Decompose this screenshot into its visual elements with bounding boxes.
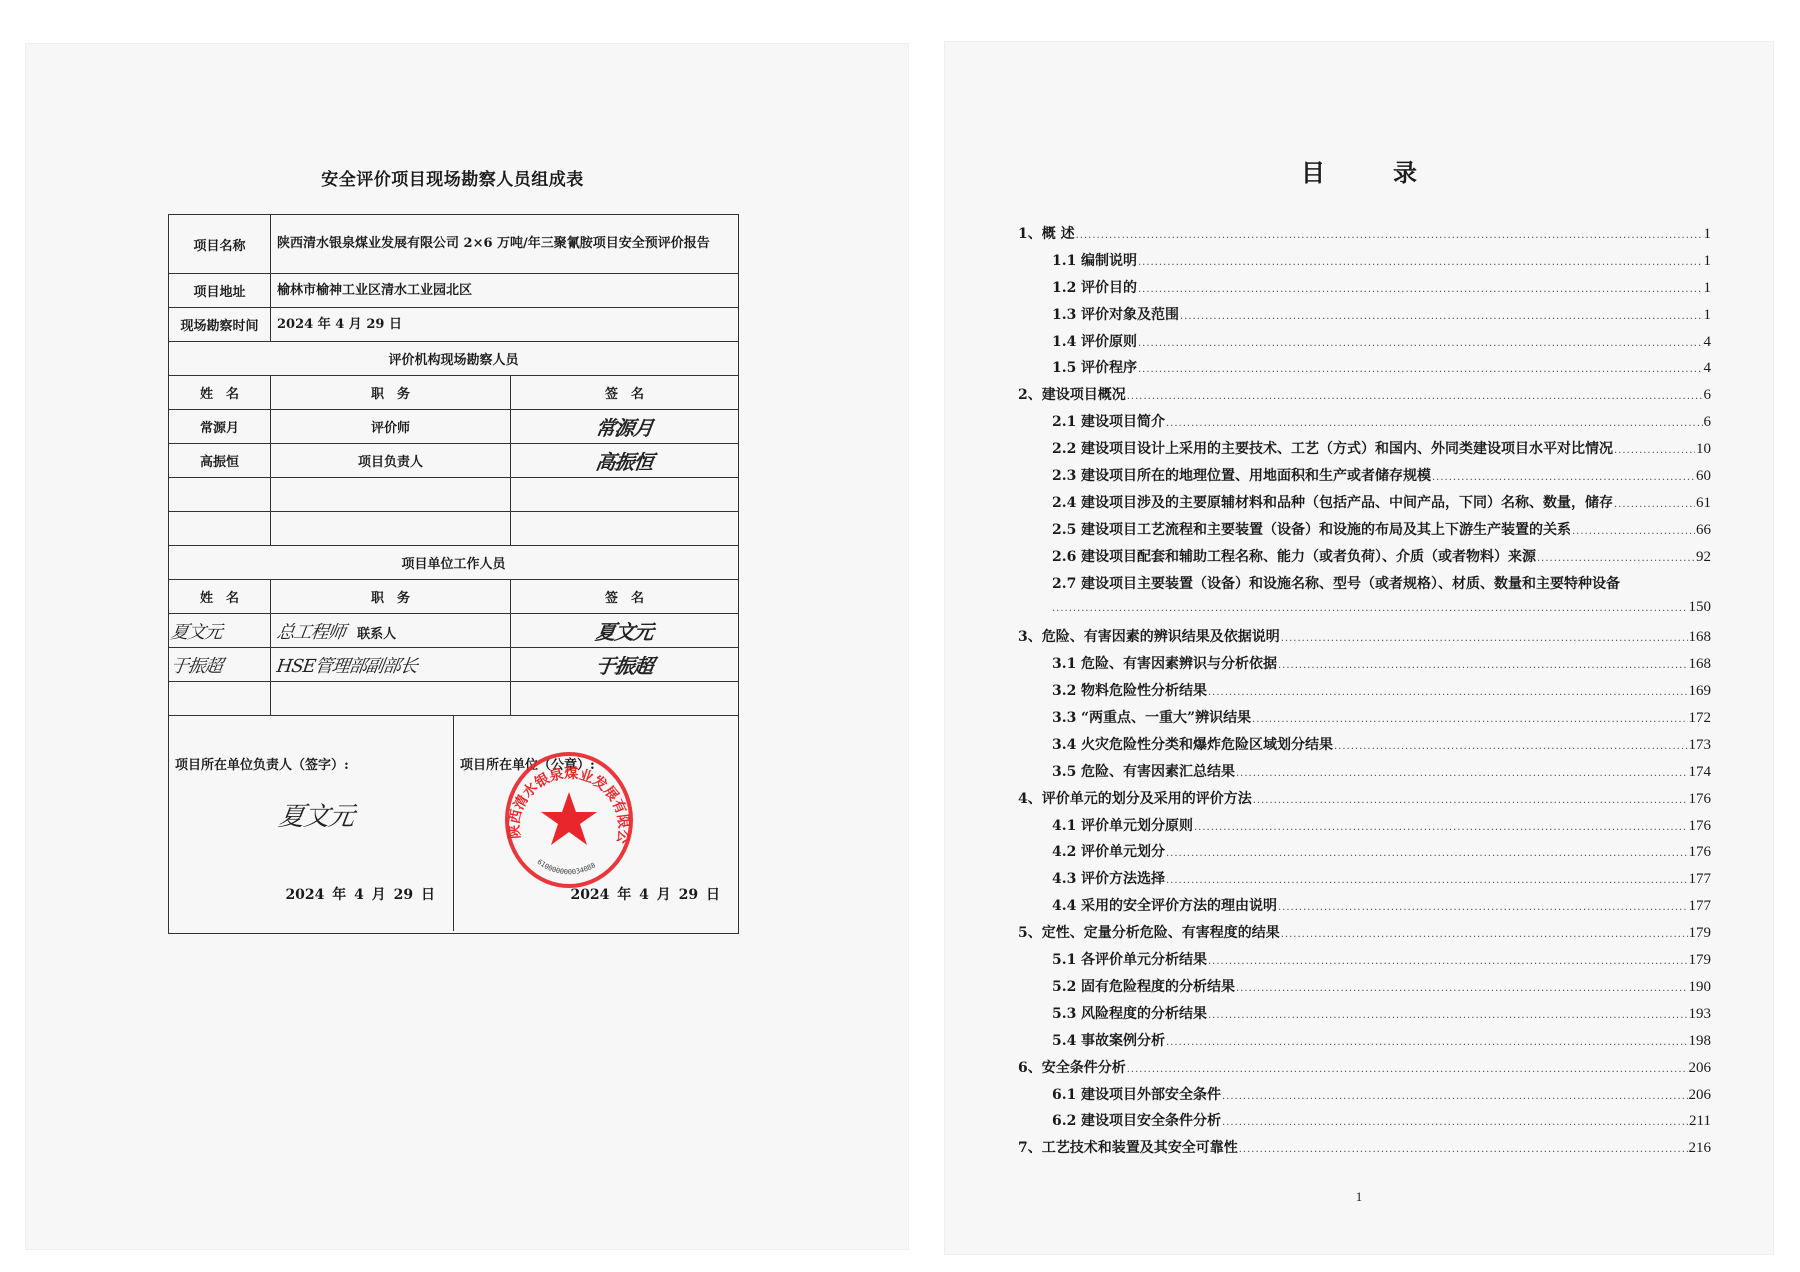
toc-page-number: 169 xyxy=(1689,683,1712,700)
toc-leader-dots xyxy=(1166,875,1688,886)
handwritten-signature: 高振恒 xyxy=(594,446,655,475)
toc-page-number: 150 xyxy=(1689,599,1712,616)
toc-page-number: 173 xyxy=(1689,737,1712,754)
toc-entry-number: 5.1 xyxy=(1052,952,1081,968)
stamp-code: 610000000034088 xyxy=(536,858,597,876)
handwritten-signature: 于振超 xyxy=(594,650,655,679)
unit-section-title: 项目单位工作人员 xyxy=(169,546,739,580)
toc-page-number: 168 xyxy=(1689,629,1712,646)
table-row xyxy=(169,512,739,546)
toc-entry-text: 建设项目设计上采用的主要技术、工艺（方式）和国内、外同类建设项目水平对比情况 xyxy=(1081,438,1613,458)
signoff-row: 项目所在单位负责人（签字）: 夏文元 2024 年 4 月 29 日 项目所在单… xyxy=(169,716,739,934)
toc-entry[interactable]: 4.2评价单元划分176 xyxy=(1018,841,1711,868)
toc-entry-number: 4.3 xyxy=(1052,871,1081,887)
toc-entry-text: 建设项目简介 xyxy=(1081,411,1165,431)
survey-time-value: 2024 年 4 月 29 日 xyxy=(271,308,739,342)
toc-entry-text: 评价单元划分 xyxy=(1081,841,1165,861)
toc-leader-dots xyxy=(1138,257,1703,268)
toc-entry-number: 2.3 xyxy=(1052,468,1081,484)
toc-entry-text: 评价对象及范围 xyxy=(1081,304,1179,324)
toc-entry-text: 评价目的 xyxy=(1081,277,1137,297)
toc-leader-dots xyxy=(1236,983,1688,994)
toc-page-number: 179 xyxy=(1689,952,1712,969)
staff-name: 常源月 xyxy=(169,410,271,444)
seal-cell: 项目所在单位（公章）: 陕西清水银泉煤业发展有限公司 xyxy=(454,716,738,931)
toc-entry-number: 3.3 xyxy=(1052,710,1081,726)
toc-leader-dots xyxy=(1222,1117,1688,1128)
toc-entry-number: 1.3 xyxy=(1052,307,1081,323)
toc-leader-dots xyxy=(1052,603,1688,614)
toc-leader-dots xyxy=(1253,795,1688,806)
toc-entry-text: 危险、有害因素的辨识结果及依据说明 xyxy=(1042,626,1280,646)
toc-entry-text: 风险程度的分析结果 xyxy=(1081,1003,1207,1023)
handwritten-position: HSE管理部副部长 xyxy=(275,652,419,678)
toc-entry-number: 3.1 xyxy=(1052,656,1081,672)
col-name-header: 姓 名 xyxy=(169,580,271,614)
toc-entry-text: 定性、定量分析危险、有害程度的结果 xyxy=(1042,922,1280,942)
toc-entry-text: 建设项目涉及的主要原辅材料和品种（包括产品、中间产品，下同）名称、数量，储存 xyxy=(1081,492,1613,512)
toc-entry-text: 建设项目配套和辅助工程名称、能力（或者负荷）、介质（或者物料）来源 xyxy=(1081,546,1536,566)
toc-leader-dots xyxy=(1572,526,1695,537)
toc-entry-number: 3.2 xyxy=(1052,683,1081,699)
toc-entry[interactable]: 2.3建设项目所在的地理位置、用地面积和生产或者储存规模60 xyxy=(1018,465,1711,492)
toc-entry[interactable]: 4.3评价方法选择177 xyxy=(1018,868,1711,895)
toc-entry-number: 6.1 xyxy=(1052,1087,1081,1103)
company-seal-stamp-icon: 陕西清水银泉煤业发展有限公司 610000000034088 xyxy=(499,750,639,890)
toc-entry[interactable]: 2.2建设项目设计上采用的主要技术、工艺（方式）和国内、外同类建设项目水平对比情… xyxy=(1018,438,1711,465)
toc-leader-dots xyxy=(1166,1037,1688,1048)
leader-signoff-cell: 项目所在单位负责人（签字）: 夏文元 2024 年 4 月 29 日 xyxy=(169,716,454,931)
handwritten-position: 总工程师 xyxy=(275,618,347,644)
toc-page-number: 1 xyxy=(1704,307,1712,324)
toc-leader-dots xyxy=(1236,768,1688,779)
toc-page-number: 4 xyxy=(1704,360,1712,377)
handwritten-name: 夏文元 xyxy=(169,618,224,644)
toc-leader-dots xyxy=(1127,1064,1688,1075)
toc-entry[interactable]: 4、评价单元的划分及采用的评价方法176 xyxy=(1018,788,1711,815)
project-name-value: 陕西清水银泉煤业发展有限公司 2×6 万吨/年三聚氰胺项目安全预评价报告 xyxy=(271,215,739,274)
toc-entry-number: 2.4 xyxy=(1052,495,1081,511)
toc-entry-number: 5.4 xyxy=(1052,1033,1081,1049)
toc-entry[interactable]: 5、定性、定量分析危险、有害程度的结果179 xyxy=(1018,922,1711,949)
table-row: 高振恒 项目负责人 高振恒 xyxy=(169,444,739,478)
toc-page-number: 172 xyxy=(1689,710,1712,727)
col-position-header: 职 务 xyxy=(271,580,511,614)
toc-entry[interactable]: 4.1评价单元划分原则176 xyxy=(1018,815,1711,842)
toc-page-number: 211 xyxy=(1689,1113,1711,1130)
toc-entry[interactable]: 7、工艺技术和装置及其安全可靠性216 xyxy=(1018,1137,1711,1164)
toc-entry-number: 1.1 xyxy=(1052,253,1081,269)
toc-list: 1、概 述11.1编制说明11.2评价目的11.3评价对象及范围11.4评价原则… xyxy=(1018,223,1711,1164)
toc-leader-dots xyxy=(1127,391,1703,402)
toc-entry[interactable]: 2.1建设项目简介6 xyxy=(1018,411,1711,438)
toc-page-number: 193 xyxy=(1689,1006,1712,1023)
toc-page-number: 198 xyxy=(1689,1033,1712,1050)
col-name-header: 姓 名 xyxy=(169,376,271,410)
handwritten-signature: 常源月 xyxy=(594,412,655,441)
toc-entry-text: 评价单元的划分及采用的评价方法 xyxy=(1042,788,1252,808)
survey-time-row: 现场勘察时间 2024 年 4 月 29 日 xyxy=(169,308,739,342)
handwritten-name: 于振超 xyxy=(169,652,224,678)
toc-entry-text: 采用的安全评价方法的理由说明 xyxy=(1081,895,1277,915)
toc-entry[interactable]: 3.4火灾危险性分类和爆炸危险区域划分结果173 xyxy=(1018,734,1711,761)
survey-time-label: 现场勘察时间 xyxy=(169,308,271,342)
toc-entry[interactable]: 5.1各评价单元分析结果179 xyxy=(1018,949,1711,976)
toc-entry[interactable]: 2、建设项目概况6 xyxy=(1018,384,1711,411)
toc-leader-dots xyxy=(1208,956,1688,967)
toc-page-number: 1 xyxy=(1704,280,1712,297)
toc-page-number: 66 xyxy=(1696,522,1711,539)
toc-entry-text: 建设项目安全条件分析 xyxy=(1081,1110,1221,1130)
toc-leader-dots xyxy=(1281,633,1688,644)
toc-entry-number: 6、 xyxy=(1018,1057,1042,1077)
toc-entry-number: 2.7 xyxy=(1052,576,1081,592)
toc-entry-number: 5.3 xyxy=(1052,1006,1081,1022)
toc-page-number: 1 xyxy=(1704,226,1712,243)
form-title: 安全评价项目现场勘察人员组成表 xyxy=(168,165,737,190)
toc-entry[interactable]: 6、安全条件分析206 xyxy=(1018,1057,1711,1084)
toc-entry[interactable]: 3、危险、有害因素的辨识结果及依据说明168 xyxy=(1018,626,1711,653)
leader-date: 2024 年 4 月 29 日 xyxy=(285,884,435,904)
toc-page-number: 4 xyxy=(1704,334,1712,351)
staff-position: 评价师 xyxy=(271,410,511,444)
toc-entry[interactable]: 5.4事故案例分析198 xyxy=(1018,1030,1711,1057)
toc-entry-text: 评价原则 xyxy=(1081,331,1137,351)
toc-entry[interactable]: 2.5建设项目工艺流程和主要装置（设备）和设施的布局及其上下游生产装置的关系66 xyxy=(1018,519,1711,546)
toc-page-number: 6 xyxy=(1704,387,1712,404)
toc-entry[interactable]: 1.3评价对象及范围1 xyxy=(1018,304,1711,331)
toc-entry-text: 危险、有害因素汇总结果 xyxy=(1081,761,1235,781)
toc-entry-number: 6.2 xyxy=(1052,1113,1081,1129)
toc-page-number: 174 xyxy=(1689,764,1712,781)
project-address-value: 榆林市榆神工业区清水工业园北区 xyxy=(271,274,739,308)
toc-entry-number: 1.5 xyxy=(1052,360,1081,376)
toc-page-number: 176 xyxy=(1689,818,1712,835)
toc-entry-text: 工艺技术和装置及其安全可靠性 xyxy=(1042,1137,1238,1157)
survey-personnel-table: 项目名称 陕西清水银泉煤业发展有限公司 2×6 万吨/年三聚氰胺项目安全预评价报… xyxy=(168,214,739,934)
toc-entry-text: 各评价单元分析结果 xyxy=(1081,949,1207,969)
toc-entry-text: 物料危险性分析结果 xyxy=(1081,680,1207,700)
toc-entry[interactable]: 3.3“两重点、一重大”辨识结果172 xyxy=(1018,707,1711,734)
toc-entry[interactable]: 1.4评价原则4 xyxy=(1018,331,1711,358)
toc-leader-dots xyxy=(1252,714,1687,725)
toc-leader-dots xyxy=(1614,499,1695,510)
toc-entry[interactable]: 3.2物料危险性分析结果169 xyxy=(1018,680,1711,707)
agency-section-title: 评价机构现场勘察人员 xyxy=(169,342,739,376)
toc-entry-number: 4、 xyxy=(1018,788,1042,808)
agency-header-row: 姓 名 职 务 签 名 xyxy=(169,376,739,410)
toc-leader-dots xyxy=(1278,660,1688,671)
seal-date: 2024 年 4 月 29 日 xyxy=(570,884,720,904)
table-of-contents-page: 目 录 1、概 述11.1编制说明11.2评价目的11.3评价对象及范围11.4… xyxy=(944,41,1774,1255)
toc-entry-number: 1、 xyxy=(1018,223,1042,243)
toc-leader-dots xyxy=(1208,687,1688,698)
staff-position: 联系人 xyxy=(357,627,396,642)
toc-leader-dots xyxy=(1222,1091,1688,1102)
toc-entry-text: “两重点、一重大”辨识结果 xyxy=(1081,707,1251,727)
toc-entry-number: 1.4 xyxy=(1052,334,1081,350)
toc-entry-text: 建设项目工艺流程和主要装置（设备）和设施的布局及其上下游生产装置的关系 xyxy=(1081,519,1571,539)
toc-entry-number: 3、 xyxy=(1018,626,1042,646)
leader-label: 项目所在单位负责人（签字）: xyxy=(175,754,349,773)
staff-position: 项目负责人 xyxy=(271,444,511,478)
project-address-row: 项目地址 榆林市榆神工业区清水工业园北区 xyxy=(169,274,739,308)
toc-page-number: 168 xyxy=(1689,656,1712,673)
toc-leader-dots xyxy=(1537,553,1695,564)
toc-page-number: 60 xyxy=(1696,468,1711,485)
toc-page-number: 179 xyxy=(1689,925,1712,942)
toc-entry-number: 2.2 xyxy=(1052,441,1081,457)
toc-leader-dots xyxy=(1166,848,1688,859)
toc-entry[interactable]: 1.1编制说明1 xyxy=(1018,250,1711,277)
toc-entry-text: 建设项目所在的地理位置、用地面积和生产或者储存规模 xyxy=(1081,465,1431,485)
toc-entry-text: 评价方法选择 xyxy=(1081,868,1165,888)
toc-entry[interactable]: 2.4建设项目涉及的主要原辅材料和品种（包括产品、中间产品，下同）名称、数量，储… xyxy=(1018,492,1711,519)
toc-entry[interactable]: 4.4采用的安全评价方法的理由说明177 xyxy=(1018,895,1711,922)
toc-entry[interactable]: 2.7建设项目主要装置（设备）和设施名称、型号（或者规格）、材质、数量和主要特种… xyxy=(1018,573,1711,600)
toc-leader-dots xyxy=(1278,902,1688,913)
toc-entry-text: 固有危险程度的分析结果 xyxy=(1081,976,1235,996)
toc-entry-number: 4.1 xyxy=(1052,818,1081,834)
toc-entry[interactable]: 2.6建设项目配套和辅助工程名称、能力（或者负荷）、介质（或者物料）来源92 xyxy=(1018,546,1711,573)
toc-leader-dots xyxy=(1166,418,1703,429)
toc-entry[interactable]: 6.1建设项目外部安全条件206 xyxy=(1018,1084,1711,1111)
toc-page-number: 206 xyxy=(1689,1087,1712,1104)
toc-leader-dots xyxy=(1614,445,1695,456)
toc-entry-text: 评价单元划分原则 xyxy=(1081,815,1193,835)
toc-entry-number: 4.2 xyxy=(1052,844,1081,860)
col-position-header: 职 务 xyxy=(271,376,511,410)
toc-page-number: 216 xyxy=(1689,1140,1712,1157)
toc-page-number: 61 xyxy=(1696,495,1711,512)
leader-signature: 夏文元 xyxy=(276,796,356,833)
toc-entry-text: 编制说明 xyxy=(1081,250,1137,270)
table-row xyxy=(169,478,739,512)
toc-entry-text: 建设项目概况 xyxy=(1042,384,1126,404)
toc-entry-number: 5、 xyxy=(1018,922,1042,942)
table-row: 夏文元 总工程师 联系人 夏文元 xyxy=(169,614,739,648)
project-address-label: 项目地址 xyxy=(169,274,271,308)
toc-entry-number: 3.4 xyxy=(1052,737,1081,753)
toc-entry-number: 5.2 xyxy=(1052,979,1081,995)
toc-entry[interactable]: 1.5评价程序4 xyxy=(1018,357,1711,384)
staff-name: 高振恒 xyxy=(169,444,271,478)
table-row: 常源月 评价师 常源月 xyxy=(169,410,739,444)
toc-leader-dots xyxy=(1334,741,1688,752)
survey-form-page: 安全评价项目现场勘察人员组成表 项目名称 陕西清水银泉煤业发展有限公司 2×6 … xyxy=(25,43,909,1250)
project-name-label: 项目名称 xyxy=(169,215,271,274)
toc-entry-number: 2.6 xyxy=(1052,549,1081,565)
toc-page-number: 92 xyxy=(1696,549,1711,566)
col-signature-header: 签 名 xyxy=(511,376,739,410)
toc-entry-number: 2、 xyxy=(1018,384,1042,404)
toc-entry-text: 建设项目外部安全条件 xyxy=(1081,1084,1221,1104)
toc-entry-text: 评价程序 xyxy=(1081,357,1137,377)
toc-entry[interactable]: 3.5危险、有害因素汇总结果174 xyxy=(1018,761,1711,788)
toc-entry-number: 7、 xyxy=(1018,1137,1042,1157)
svg-text:610000000034088: 610000000034088 xyxy=(536,858,597,876)
toc-title: 目 录 xyxy=(944,153,1774,188)
toc-leader-dots xyxy=(1239,1144,1688,1155)
handwritten-signature: 夏文元 xyxy=(594,616,655,645)
col-signature-header: 签 名 xyxy=(511,580,739,614)
toc-entry-text: 概 述 xyxy=(1042,223,1075,243)
toc-page-number: 176 xyxy=(1689,791,1712,808)
toc-page-number: 177 xyxy=(1689,871,1712,888)
toc-entry[interactable]: 1.2评价目的1 xyxy=(1018,277,1711,304)
toc-entry-number: 4.4 xyxy=(1052,898,1081,914)
toc-entry-number: 2.5 xyxy=(1052,522,1081,538)
toc-entry[interactable]: 6.2建设项目安全条件分析211 xyxy=(1018,1110,1711,1137)
toc-leader-dots xyxy=(1432,472,1695,483)
table-row: 于振超 HSE管理部副部长 于振超 xyxy=(169,648,739,682)
toc-page-number: 6 xyxy=(1704,414,1712,431)
toc-leader-dots xyxy=(1180,311,1703,322)
toc-leader-dots xyxy=(1076,230,1703,241)
toc-entry-number: 1.2 xyxy=(1052,280,1081,296)
toc-entry-text: 安全条件分析 xyxy=(1042,1057,1126,1077)
toc-entry[interactable]: 1、概 述1 xyxy=(1018,223,1711,250)
toc-leader-dots xyxy=(1208,1010,1688,1021)
toc-page-number: 1 xyxy=(1704,253,1712,270)
toc-leader-dots xyxy=(1138,364,1703,375)
toc-page-number: 176 xyxy=(1689,844,1712,861)
toc-leader-dots xyxy=(1138,284,1703,295)
page-number: 1 xyxy=(944,1189,1774,1205)
toc-page-number: 10 xyxy=(1696,441,1711,458)
toc-page-number: 190 xyxy=(1689,979,1712,996)
table-row xyxy=(169,682,739,716)
toc-page-number: 206 xyxy=(1689,1060,1712,1077)
toc-page-number: 177 xyxy=(1689,898,1712,915)
toc-entry-text: 事故案例分析 xyxy=(1081,1030,1165,1050)
toc-leader-dots xyxy=(1138,338,1703,349)
project-name-row: 项目名称 陕西清水银泉煤业发展有限公司 2×6 万吨/年三聚氰胺项目安全预评价报… xyxy=(169,215,739,274)
toc-entry-text: 危险、有害因素辨识与分析依据 xyxy=(1081,653,1277,673)
toc-entry-number: 2.1 xyxy=(1052,414,1081,430)
toc-entry[interactable]: 5.3风险程度的分析结果193 xyxy=(1018,1003,1711,1030)
toc-entry-text: 建设项目主要装置（设备）和设施名称、型号（或者规格）、材质、数量和主要特种设备 xyxy=(1081,573,1620,593)
toc-leader-dots xyxy=(1281,929,1688,940)
toc-entry[interactable]: 3.1危险、有害因素辨识与分析依据168 xyxy=(1018,653,1711,680)
toc-leader-dots xyxy=(1194,822,1688,833)
toc-entry-text: 火灾危险性分类和爆炸危险区域划分结果 xyxy=(1081,734,1333,754)
toc-entry[interactable]: 5.2固有危险程度的分析结果190 xyxy=(1018,976,1711,1003)
unit-header-row: 姓 名 职 务 签 名 xyxy=(169,580,739,614)
toc-entry-continuation[interactable]: 150 xyxy=(1018,599,1711,626)
toc-entry-number: 3.5 xyxy=(1052,764,1081,780)
